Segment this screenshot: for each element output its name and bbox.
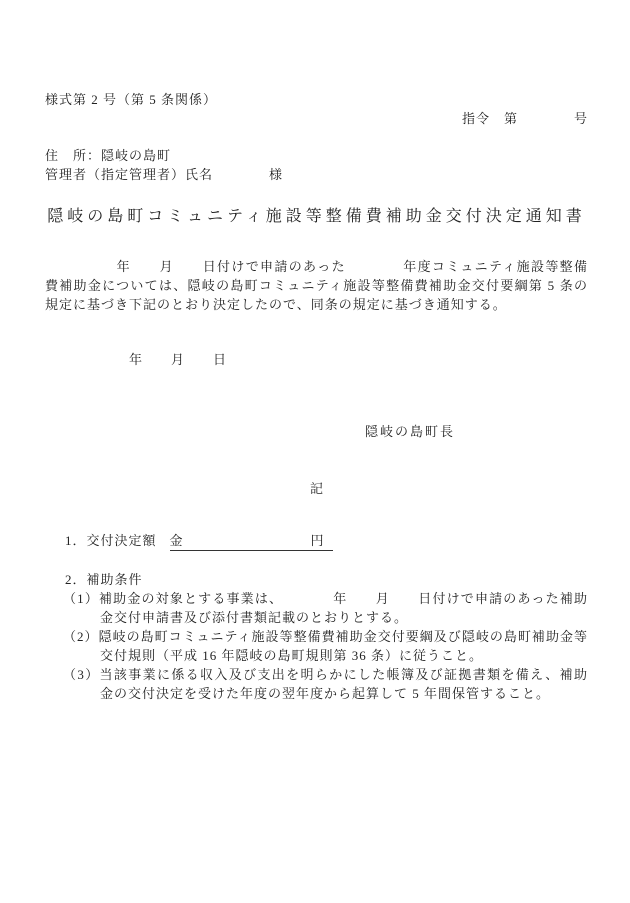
- document-page: 様式第 2 号（第 5 条関係） 指令 第 号 住 所：隠岐の島町 管理者（指定…: [0, 0, 630, 903]
- amount-prefix-label: 金: [170, 533, 184, 548]
- condition-item-2: （2）隠岐の島町コミュニティ施設等整備費補助金交付要綱及び隠岐の島町補助金等交付…: [63, 627, 588, 665]
- amount-suffix-label: 円: [311, 533, 325, 548]
- mayor-signature-line: 隠岐の島町長: [365, 422, 588, 441]
- condition-item-1: （1）補助金の対象とする事業は、 年 月 日付けで申請のあった補助金交付申請書及…: [63, 589, 588, 627]
- notation-marker: 記: [45, 479, 588, 498]
- condition-item-3: （3）当該事業に係る収入及び支出を明らかにした帳簿及び証拠書類を備え、補助金の交…: [63, 665, 588, 703]
- recipient-address-line: 住 所：隠岐の島町: [45, 146, 588, 165]
- grant-amount-blank-field: 金円: [170, 532, 333, 551]
- form-number-line: 様式第 2 号（第 5 条関係）: [45, 90, 588, 109]
- conditions-heading: 2．補助条件: [65, 570, 588, 589]
- grant-amount-label: 1．交付決定額: [65, 533, 157, 548]
- recipient-name-line: 管理者（指定管理者）氏名 様: [45, 165, 588, 184]
- document-title: 隠岐の島町コミュニティ施設等整備費補助金交付決定通知書: [45, 205, 588, 229]
- amount-blank-space: [184, 544, 311, 545]
- grant-amount-line: 1．交付決定額金円: [65, 531, 588, 551]
- body-paragraph: 年 月 日付けで申請のあった 年度コミュニティ施設等整備費補助金については、隠岐…: [45, 257, 588, 314]
- directive-number-line: 指令 第 号: [45, 109, 588, 128]
- issue-date-line: 年 月 日: [45, 350, 588, 369]
